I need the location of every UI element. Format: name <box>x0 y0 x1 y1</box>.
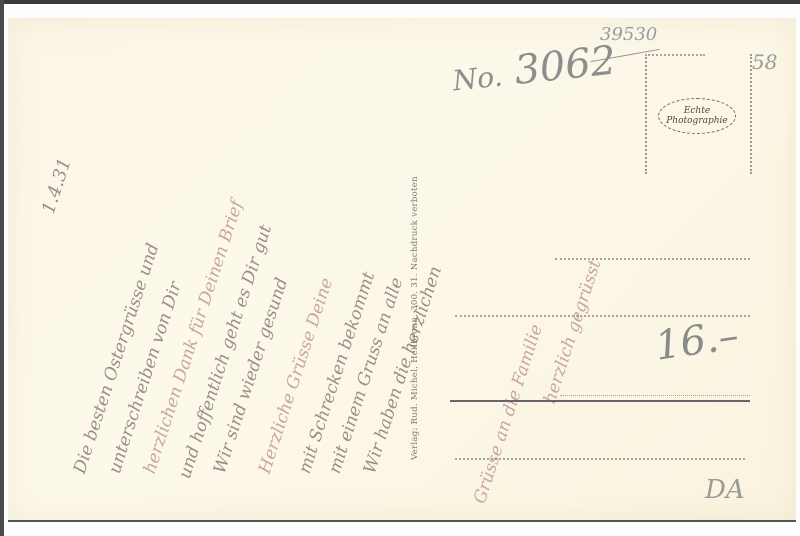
address-line <box>560 395 750 396</box>
stamp-label-line: Photographie <box>666 116 728 126</box>
reference-prefix: No. <box>451 59 504 97</box>
initials-annotation: DA <box>705 475 745 505</box>
stamp-box-top-edge <box>645 54 705 56</box>
scan-top-border <box>0 0 800 4</box>
stamp-box-left-edge <box>645 54 647 174</box>
corner-number: 58 <box>752 50 777 74</box>
address-line <box>555 258 750 260</box>
echte-photographie-stamp: Echte Photographie <box>658 98 736 134</box>
publisher-imprint: Verlag: Rud. Michel, Heilbronn. 300. 31.… <box>410 176 420 460</box>
address-line <box>450 400 750 402</box>
address-line <box>455 458 745 460</box>
stamp-label-line: Echte <box>684 106 710 116</box>
stamp-box-right-edge <box>750 54 752 174</box>
scan-left-border <box>0 0 4 536</box>
